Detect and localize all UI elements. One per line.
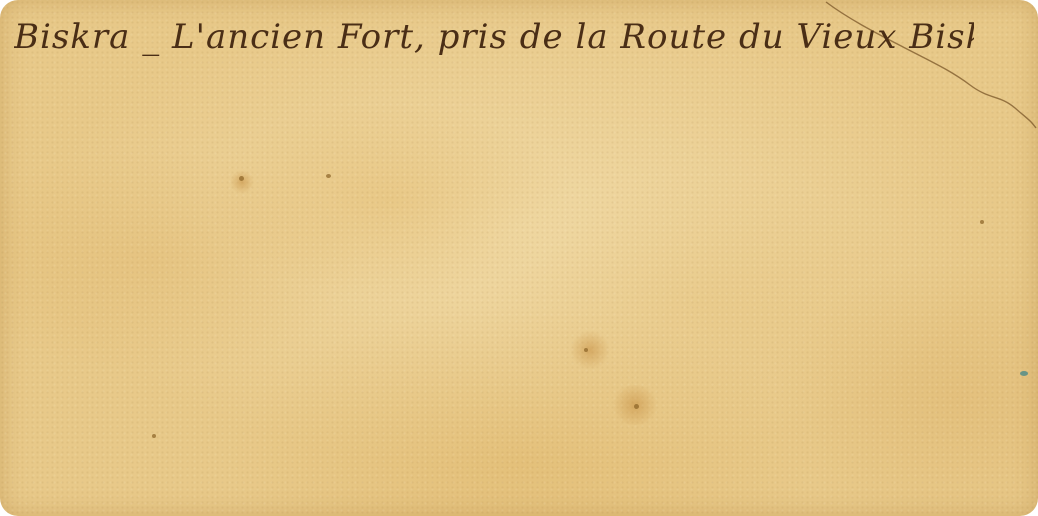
stereoview-card-back: Biskra _ L'ancien Fort, pris de la Route… — [0, 0, 1038, 516]
inscription-text: Biskra _ L'ancien Fort, pris de la Route… — [14, 17, 974, 57]
foxing-spot — [584, 348, 588, 352]
foxing-spot — [326, 174, 331, 178]
handwritten-inscription: Biskra _ L'ancien Fort, pris de la Route… — [14, 8, 974, 68]
foxing-stain — [570, 330, 610, 370]
ink-spot — [1020, 371, 1028, 376]
foxing-stain — [230, 170, 254, 194]
foxing-spot — [152, 434, 156, 438]
foxing-spot — [634, 404, 639, 409]
foxing-spot — [980, 220, 984, 224]
paper-texture — [0, 0, 1038, 516]
foxing-spot — [239, 176, 244, 181]
